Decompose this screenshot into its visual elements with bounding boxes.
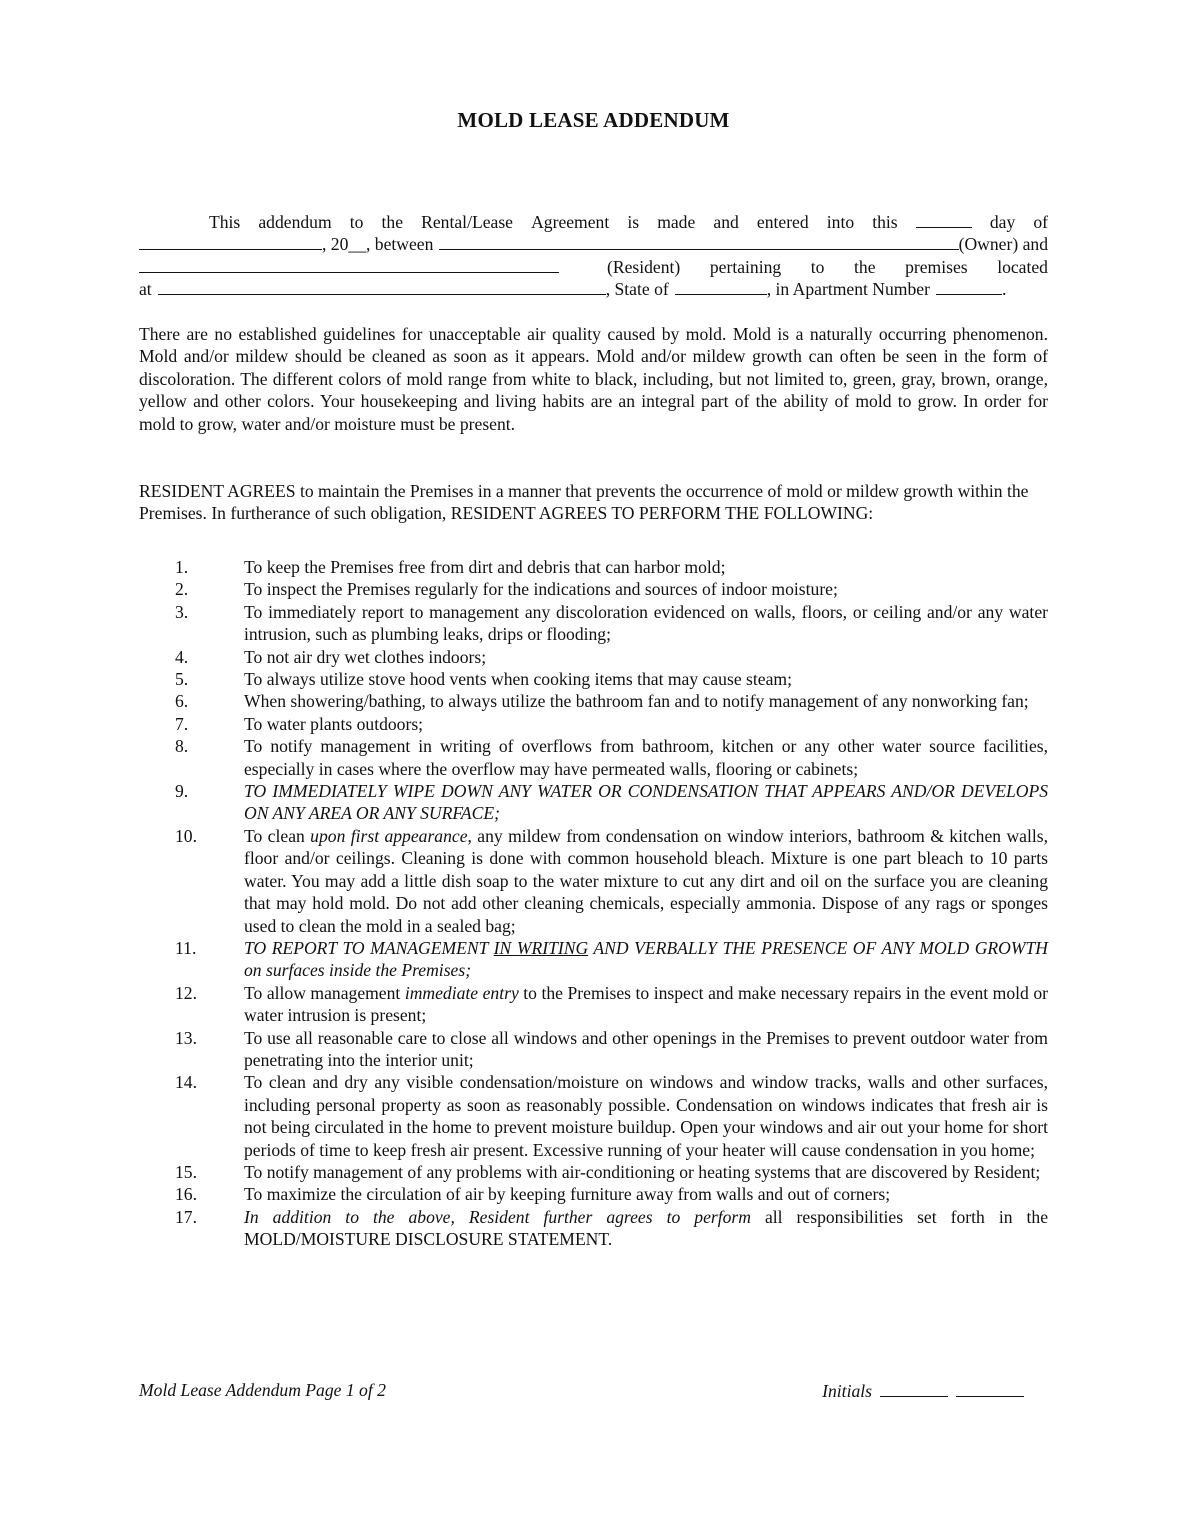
intro-line-1-text: ThisaddendumtotheRental/LeaseAgreementis… bbox=[139, 211, 1048, 233]
list-item: 7. To water plants outdoors; bbox=[139, 713, 1048, 735]
list-item: 6. When showering/bathing, to always uti… bbox=[139, 690, 1048, 712]
list-item-number: 2. bbox=[139, 578, 244, 600]
list-item: 13. To use all reasonable care to close … bbox=[139, 1027, 1048, 1072]
list-item-number: 14. bbox=[139, 1071, 244, 1093]
year-text: , 20__, between bbox=[322, 233, 433, 255]
list-item-text: To water plants outdoors; bbox=[244, 713, 1048, 735]
month-blank[interactable] bbox=[139, 233, 322, 250]
list-item-text: To always utilize stove hood vents when … bbox=[244, 668, 1048, 690]
apartment-label: , in Apartment Number bbox=[767, 278, 930, 300]
period: . bbox=[1002, 278, 1006, 300]
list-item-number: 10. bbox=[139, 825, 244, 847]
list-item: 9. TO IMMEDIATELY WIPE DOWN ANY WATER OR… bbox=[139, 780, 1048, 825]
list-item: 8. To notify management in writing of ov… bbox=[139, 735, 1048, 780]
initials-area: Initials bbox=[822, 1380, 1048, 1402]
apartment-blank[interactable] bbox=[936, 278, 1002, 295]
list-item: 16. To maximize the circulation of air b… bbox=[139, 1183, 1048, 1205]
intro-line-3: (Resident)pertainingtothepremiseslocated bbox=[139, 256, 1048, 278]
page-footer: Mold Lease Addendum Page 1 of 2 Initials bbox=[139, 1380, 1048, 1402]
owner-label: (Owner) and bbox=[959, 233, 1048, 255]
list-item: 4. To not air dry wet clothes indoors; bbox=[139, 646, 1048, 668]
list-item-text: In addition to the above, Resident furth… bbox=[244, 1206, 1048, 1251]
list-item-text: To maximize the circulation of air by ke… bbox=[244, 1183, 1048, 1205]
list-item-text: TO IMMEDIATELY WIPE DOWN ANY WATER OR CO… bbox=[244, 780, 1048, 825]
list-item-number: 7. bbox=[139, 713, 244, 735]
list-item-text: To clean upon first appearance, any mild… bbox=[244, 825, 1048, 937]
page-number-label: Mold Lease Addendum Page 1 of 2 bbox=[139, 1380, 386, 1402]
list-item-number: 12. bbox=[139, 982, 244, 1004]
document-page: MOLD LEASE ADDENDUM ThisaddendumtotheRen… bbox=[0, 0, 1187, 1536]
list-item-text: To notify management in writing of overf… bbox=[244, 735, 1048, 780]
list-item-text: TO REPORT TO MANAGEMENT IN WRITING AND V… bbox=[244, 937, 1048, 982]
resident-blank[interactable] bbox=[139, 256, 559, 273]
list-item-text: To notify management of any problems wit… bbox=[244, 1161, 1048, 1183]
list-item-number: 8. bbox=[139, 735, 244, 757]
list-item-number: 3. bbox=[139, 601, 244, 623]
list-item-text: To inspect the Premises regularly for th… bbox=[244, 578, 1048, 600]
resident-agrees-paragraph: RESIDENT AGREES to maintain the Premises… bbox=[139, 480, 1048, 525]
list-item: 17. In addition to the above, Resident f… bbox=[139, 1206, 1048, 1251]
list-item: 15. To notify management of any problems… bbox=[139, 1161, 1048, 1183]
list-item-number: 16. bbox=[139, 1183, 244, 1205]
list-item-text: To immediately report to management any … bbox=[244, 601, 1048, 646]
list-item: 2. To inspect the Premises regularly for… bbox=[139, 578, 1048, 600]
document-title: MOLD LEASE ADDENDUM bbox=[0, 108, 1187, 133]
list-item: 11. TO REPORT TO MANAGEMENT IN WRITING A… bbox=[139, 937, 1048, 982]
resident-label: (Resident)pertainingtothepremiseslocated bbox=[607, 256, 1048, 278]
list-item-number: 1. bbox=[139, 556, 244, 578]
list-item-number: 17. bbox=[139, 1206, 244, 1228]
state-label: , State of bbox=[606, 278, 669, 300]
intro-line-1: ThisaddendumtotheRental/LeaseAgreementis… bbox=[139, 211, 1048, 233]
list-item: 14. To clean and dry any visible condens… bbox=[139, 1071, 1048, 1161]
list-item: 10. To clean upon first appearance, any … bbox=[139, 825, 1048, 937]
mold-guidelines-paragraph: There are no established guidelines for … bbox=[139, 323, 1048, 435]
intro-line-2: , 20__, between (Owner) and bbox=[139, 233, 1048, 255]
list-item-number: 11. bbox=[139, 937, 244, 959]
list-item: 12. To allow management immediate entry … bbox=[139, 982, 1048, 1027]
intro-paragraph: ThisaddendumtotheRental/LeaseAgreementis… bbox=[139, 211, 1048, 301]
intro-line-4: at , State of , in Apartment Number . bbox=[139, 278, 1048, 300]
list-item-text: To use all reasonable care to close all … bbox=[244, 1027, 1048, 1072]
paragraph-2-text: RESIDENT AGREES to maintain the Premises… bbox=[139, 480, 1048, 525]
paragraph-1-text: There are no established guidelines for … bbox=[139, 323, 1048, 435]
list-item: 5. To always utilize stove hood vents wh… bbox=[139, 668, 1048, 690]
state-blank[interactable] bbox=[675, 278, 767, 295]
owner-blank[interactable] bbox=[439, 233, 958, 250]
list-item: 3. To immediately report to management a… bbox=[139, 601, 1048, 646]
obligations-list: 1. To keep the Premises free from dirt a… bbox=[139, 556, 1048, 1251]
list-item-text: When showering/bathing, to always utiliz… bbox=[244, 690, 1048, 712]
address-blank[interactable] bbox=[158, 278, 606, 295]
list-item-number: 9. bbox=[139, 780, 244, 802]
at-text: at bbox=[139, 278, 152, 300]
list-item-text: To allow management immediate entry to t… bbox=[244, 982, 1048, 1027]
initials-blank-1[interactable] bbox=[880, 1380, 948, 1397]
day-blank[interactable] bbox=[916, 211, 972, 228]
list-item: 1. To keep the Premises free from dirt a… bbox=[139, 556, 1048, 578]
initials-label: Initials bbox=[822, 1381, 872, 1402]
list-item-text: To not air dry wet clothes indoors; bbox=[244, 646, 1048, 668]
list-item-number: 6. bbox=[139, 690, 244, 712]
list-item-text: To keep the Premises free from dirt and … bbox=[244, 556, 1048, 578]
list-item-text: To clean and dry any visible condensatio… bbox=[244, 1071, 1048, 1161]
list-item-number: 5. bbox=[139, 668, 244, 690]
list-item-number: 15. bbox=[139, 1161, 244, 1183]
initials-blank-2[interactable] bbox=[956, 1380, 1024, 1397]
list-item-number: 13. bbox=[139, 1027, 244, 1049]
list-item-number: 4. bbox=[139, 646, 244, 668]
